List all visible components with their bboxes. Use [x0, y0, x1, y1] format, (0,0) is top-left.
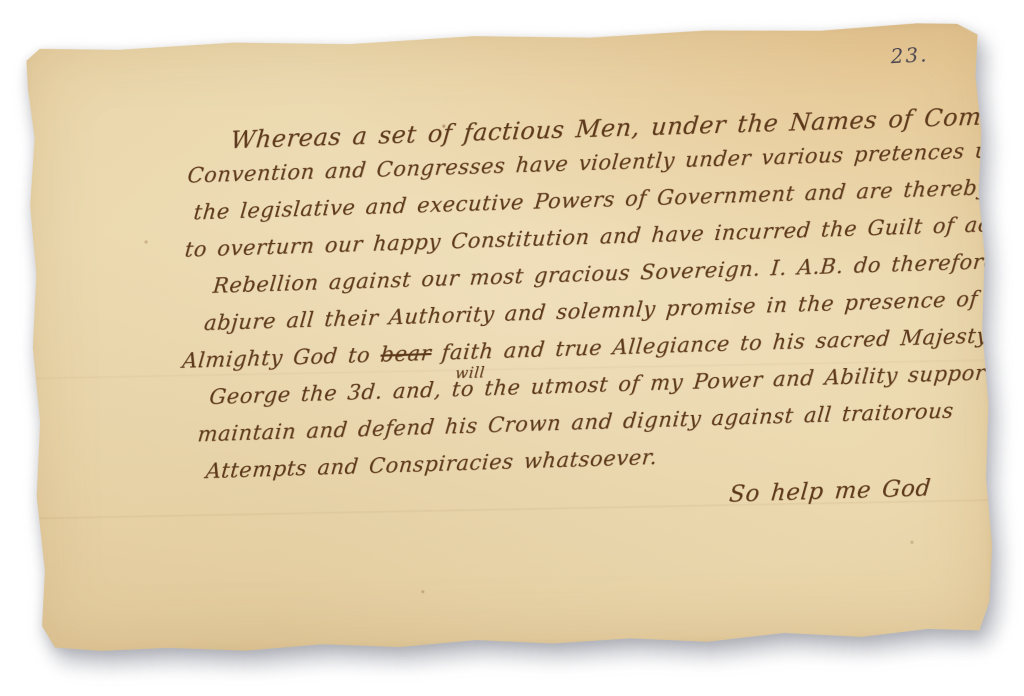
- photo-background: 23. Whereas a set of factious Men, under…: [0, 0, 1024, 696]
- closing-text: So help me God: [728, 475, 932, 507]
- manuscript-text-block: Whereas a set of factious Men, under the…: [53, 54, 982, 498]
- manuscript-paper: 23. Whereas a set of factious Men, under…: [22, 21, 996, 657]
- paper-shadow-wrap: 23. Whereas a set of factious Men, under…: [22, 21, 996, 657]
- line-text: Attempts and Conspiracies whatsoever.: [205, 445, 659, 483]
- closing-oath-line: So help me God: [622, 432, 985, 480]
